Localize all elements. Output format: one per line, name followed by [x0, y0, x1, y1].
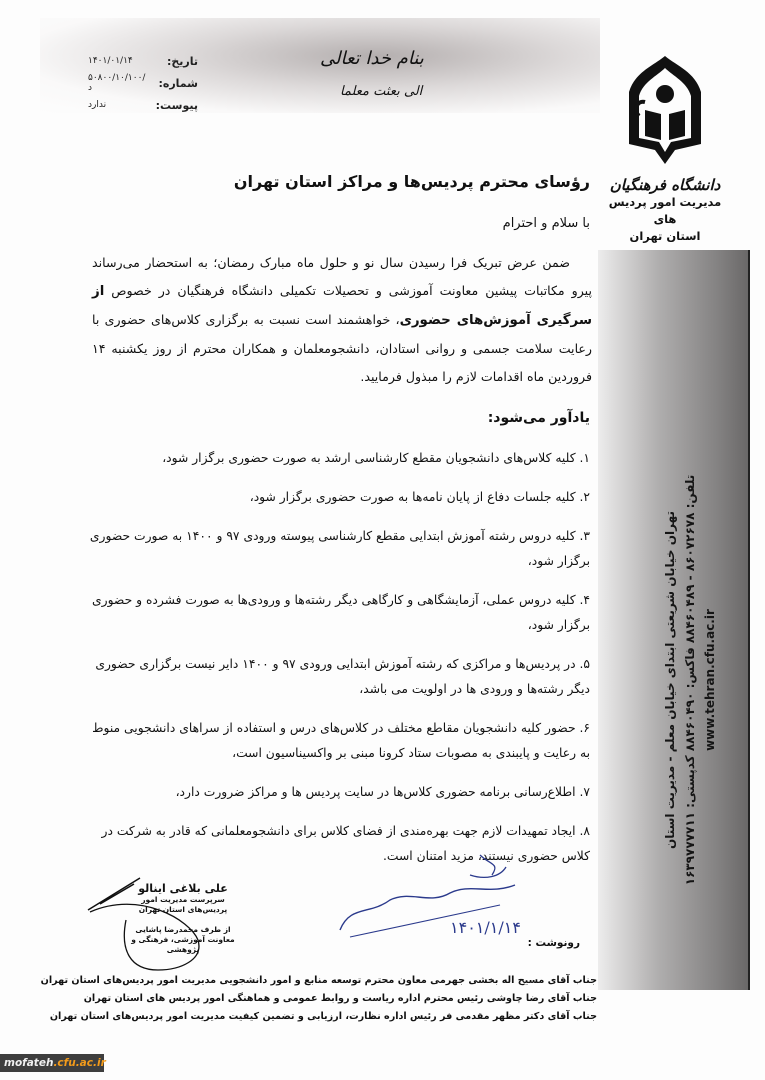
reminder-heading: یادآور می‌شود: [488, 410, 590, 426]
cc-recipient: جناب آقای رضا چاوشی رئیس محترم اداره ریا… [127, 990, 597, 1008]
on-behalf-line-1: از طرف محمدرضا پاشایی [128, 925, 238, 935]
letter-body: ضمن عرض تبریک فرا رسیدن سال نو و حلول ما… [92, 249, 592, 391]
list-item: ۷. اطلاع‌رسانی برنامه حضوری کلاس‌ها در س… [85, 780, 590, 805]
on-behalf-line-2: معاونت آموزشی، فرهنگی و پژوهشی [128, 935, 238, 955]
basmala-heading: بنام خدا تعالی [320, 48, 424, 69]
letter-meta: تاریخ: ۱۴۰۱/۰۱/۱۴ شماره: ۵۰۸۰۰/۱۰/۱۰۰/د … [88, 50, 198, 116]
signatory-name: علی بلاغی اینالو [128, 882, 238, 895]
meta-date-label: تاریخ: [154, 55, 198, 68]
university-name: دانشگاه فرهنگیان [605, 176, 725, 194]
side-footer-address: تهران خیابان شریعتی ابتدای خیابان معلم -… [660, 400, 680, 960]
meta-attachment: پیوست: ندارد [88, 94, 198, 116]
side-footer-website[interactable]: www.tehran.cfu.ac.ir [700, 400, 720, 960]
university-logo: دانشگاه فرهنگیان مدیریت امور پردیس های ا… [605, 52, 725, 242]
recipient-heading: رؤسای محترم پردیس‌ها و مراکز استان تهران [234, 172, 590, 191]
list-item: ۱. کلیه کلاس‌های دانشجویان مقطع کارشناسی… [85, 446, 590, 471]
list-item: ۳. کلیه دروس رشته آموزش ابتدایی مقطع کار… [85, 524, 590, 574]
reminder-list: ۱. کلیه کلاس‌های دانشجویان مقطع کارشناسی… [85, 446, 590, 869]
watermark-link[interactable]: mofateh.cfu.ac.ir [0, 1054, 104, 1072]
list-item: ۴. کلیه دروس عملی، آزمایشگاهی و کارگاهی … [85, 588, 590, 638]
cc-label: رونوشت : [528, 937, 580, 949]
meta-date: تاریخ: ۱۴۰۱/۰۱/۱۴ [88, 50, 198, 72]
subheading: الی بعثت معلما [340, 84, 422, 99]
body-text-1: ضمن عرض تبریک فرا رسیدن سال نو و حلول ما… [92, 255, 592, 298]
side-footer-phones: تلفن: ۸۶۰۷۲۶۷۸ - ۸۸۴۶۰۴۸۹ فاکس: ۸۸۴۶۰۴۹۰… [680, 400, 700, 960]
watermark-suffix: .cfu.ac.ir [53, 1057, 105, 1069]
signatory-title-2: پردیس‌های استان تهران [128, 905, 238, 915]
meta-number-label: شماره: [154, 77, 198, 90]
letter-page: تهران خیابان شریعتی ابتدای خیابان معلم -… [0, 0, 765, 1080]
department-line-2: استان تهران [605, 228, 725, 245]
meta-date-value: ۱۴۰۱/۰۱/۱۴ [88, 56, 146, 66]
list-item: ۵. در پردیس‌ها و مراکزی که رشته آموزش اب… [85, 652, 590, 702]
list-item: ۲. کلیه جلسات دفاع از پایان نامه‌ها به ص… [85, 485, 590, 510]
watermark-prefix: mofateh [4, 1057, 53, 1069]
greeting: با سلام و احترام [503, 216, 590, 231]
farhangian-university-logo-icon [615, 52, 715, 172]
signatory-title-1: سرپرست مدیریت امور [128, 895, 238, 905]
meta-number: شماره: ۵۰۸۰۰/۱۰/۱۰۰/د [88, 72, 198, 94]
handwritten-date: ۱۴۰۱/۱/۱۴ [450, 918, 521, 937]
cc-recipient: جناب آقای دکتر مظهر مقدمی فر رئیس اداره … [127, 1008, 597, 1026]
cc-recipient: جناب آقای مسیح اله بخشی جهرمی معاون محتر… [127, 972, 597, 990]
handwritten-note-icon: ۱۴۰۱/۱/۱۴ [330, 845, 530, 945]
cc-list: جناب آقای مسیح اله بخشی جهرمی معاون محتر… [127, 972, 597, 1026]
meta-number-value: ۵۰۸۰۰/۱۰/۱۰۰/د [88, 73, 146, 93]
body-paragraph: ضمن عرض تبریک فرا رسیدن سال نو و حلول ما… [92, 249, 592, 391]
side-footer: تهران خیابان شریعتی ابتدای خیابان معلم -… [615, 380, 765, 940]
list-item: ۶. حضور کلیه دانشجویان مقاطع مختلف در کل… [85, 716, 590, 766]
department-line-1: مدیریت امور پردیس های [605, 194, 725, 228]
signatory-block: علی بلاغی اینالو سرپرست مدیریت امور پردی… [128, 882, 238, 955]
meta-attachment-value: ندارد [88, 100, 146, 110]
meta-attachment-label: پیوست: [154, 99, 198, 112]
